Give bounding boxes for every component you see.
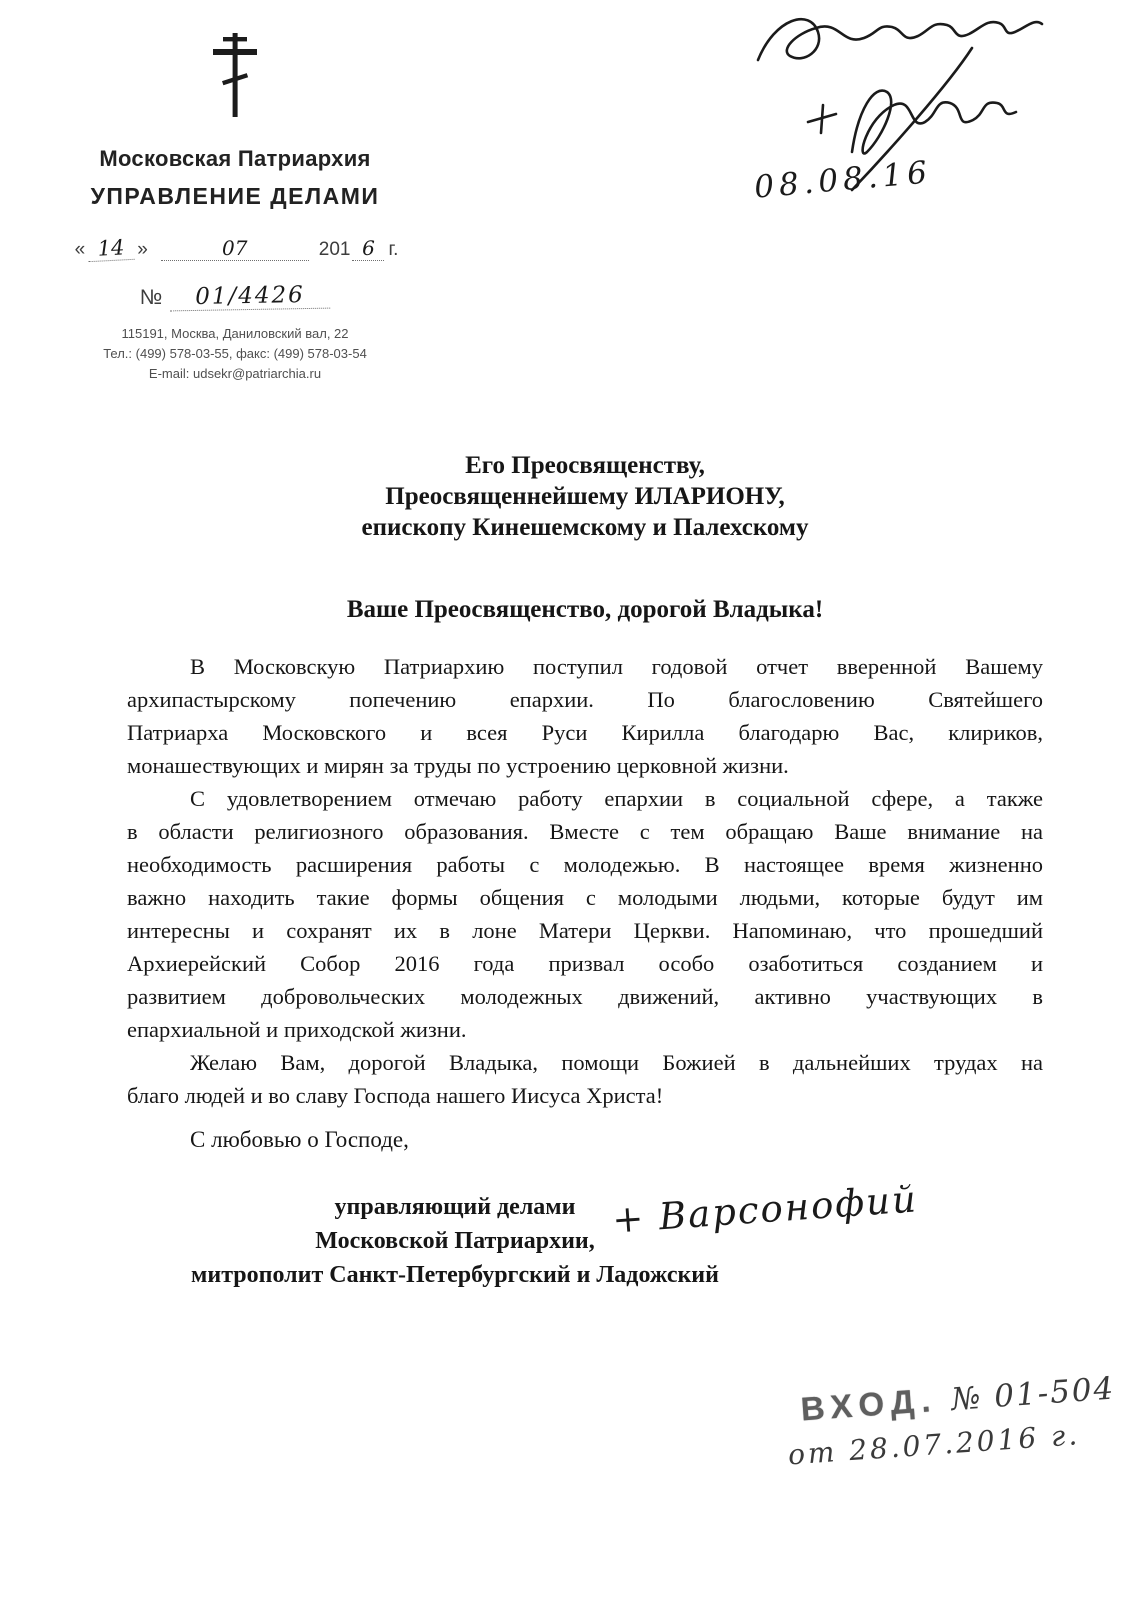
year-suffix: г. (388, 239, 398, 261)
open-quote: « (72, 239, 89, 261)
scanned-letter-page: Московская Патриархия УПРАВЛЕНИЕ ДЕЛАМИ … (0, 0, 1140, 1600)
signature-title-line: митрополит Санкт-Петербургский и Ладожск… (145, 1258, 765, 1292)
closing-phrase: С любовью о Господе, (127, 1127, 1043, 1153)
org-department: УПРАВЛЕНИЕ ДЕЛАМИ (70, 183, 400, 210)
body-line: развитием добровольческих молодежных дви… (127, 980, 1043, 1013)
address-block: 115191, Москва, Даниловский вал, 22 Тел.… (70, 324, 400, 384)
handwritten-year-digit: 6 (352, 236, 384, 261)
body-line: В Московскую Патриархию поступил годовой… (127, 650, 1043, 683)
close-quote: » (134, 239, 151, 261)
body-line: необходимость расширения работы с молоде… (127, 848, 1043, 881)
handwritten-month: 07 (161, 236, 309, 261)
body-line: С удовлетворением отмечаю работу епархии… (127, 782, 1043, 815)
body-line: благо людей и во славу Господа нашего Ии… (127, 1079, 1043, 1112)
email-line: E-mail: udsekr@patriarchia.ru (70, 364, 400, 384)
org-name: Московская Патриархия (70, 146, 400, 172)
body-line: архипастырскому попечению епархии. По бл… (127, 683, 1043, 716)
body-line: монашествующих и мирян за труды по устро… (127, 749, 1043, 782)
number-label: № (140, 286, 163, 310)
body-line: в области религиозного образования. Вмес… (127, 815, 1043, 848)
body-line: интересны и сохранят их в лоне Матери Це… (127, 914, 1043, 947)
handwritten-resolution: 08.08.16 (740, 0, 1070, 235)
salutation: Ваше Преосвященство, дорогой Владыка! (235, 596, 935, 624)
entry-stamp: ВХОД. № 01-504 от 28.07.2016 г. (784, 1369, 1120, 1472)
stamp-word: ВХОД. (800, 1381, 939, 1428)
phone-line: Тел.: (499) 578-03-55, факс: (499) 578-0… (70, 344, 400, 364)
body-line: епархиальной и приходской жизни. (127, 1013, 1043, 1046)
body-line: важно находить такие формы общения с мол… (127, 881, 1043, 914)
recipient-line: Его Преосвященству, (235, 450, 935, 481)
recipient-line: Преосвященнейшему ИЛАРИОНУ, (235, 481, 935, 512)
recipient-line: епископу Кинешемскому и Палехскому (235, 512, 935, 543)
letterhead: Московская Патриархия УПРАВЛЕНИЕ ДЕЛАМИ … (70, 8, 400, 384)
orthodox-cross-icon (211, 32, 259, 120)
body-line: Архиерейский Собор 2016 года призвал осо… (127, 947, 1043, 980)
date-line: « 14 » 07 201 6 г. (70, 236, 400, 261)
year-printed: 201 (319, 239, 351, 261)
handwritten-day: 14 (88, 235, 135, 262)
body-line: Желаю Вам, дорогой Владыка, помощи Божие… (127, 1046, 1043, 1079)
body-line: Патриарха Московского и всея Руси Кирилл… (127, 716, 1043, 749)
number-line: № 01/4426 (70, 283, 400, 310)
stamp-number: № 01-504 (950, 1371, 1116, 1418)
address-line: 115191, Москва, Даниловский вал, 22 (70, 324, 400, 344)
handwritten-number: 01/4426 (170, 282, 330, 312)
recipient-block: Его Преосвященству, Преосвященнейшему ИЛ… (235, 450, 935, 543)
letter-body: В Московскую Патриархию поступил годовой… (127, 650, 1043, 1112)
